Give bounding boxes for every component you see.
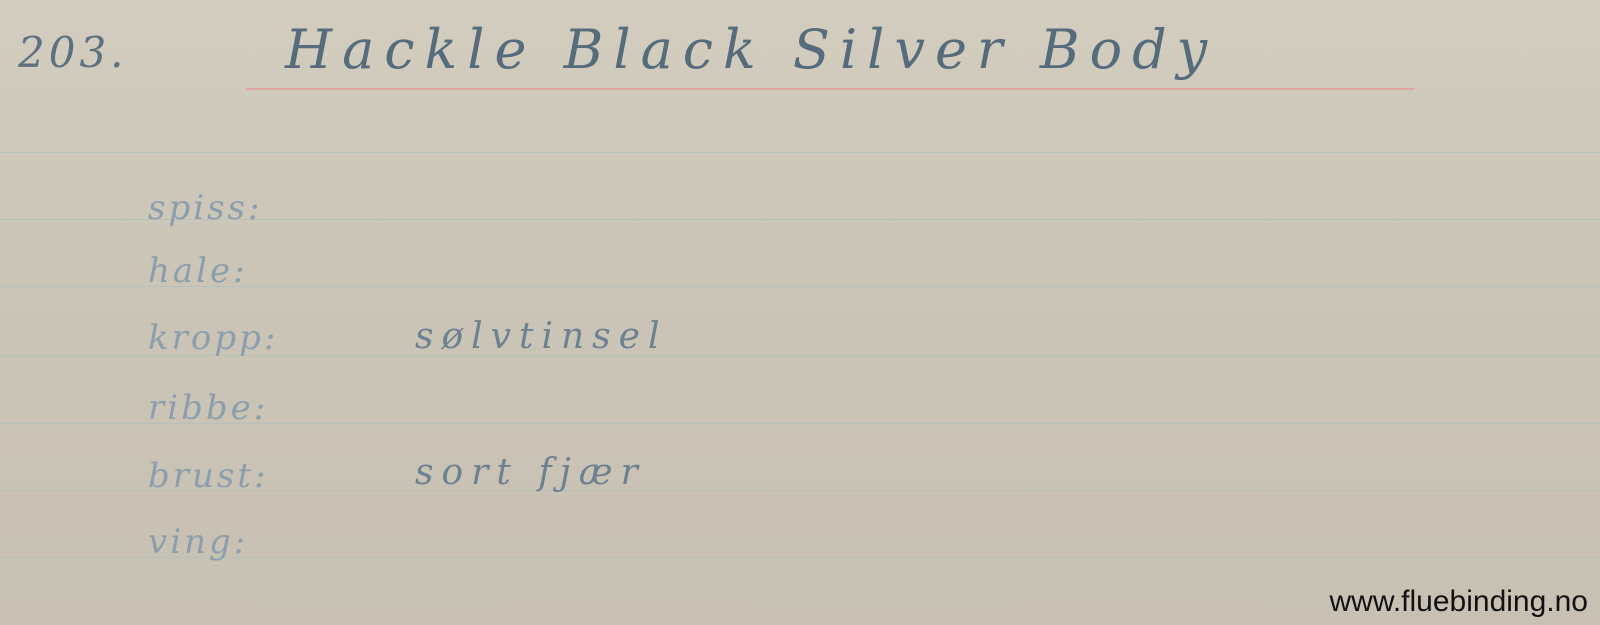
field-label-spiss: spiss: <box>148 188 262 228</box>
field-label-ribbe: ribbe: <box>148 388 268 428</box>
watermark-url: www.fluebinding.no <box>1329 585 1588 619</box>
title-underline <box>245 88 1415 90</box>
field-value-brust: sort fjær <box>415 452 646 493</box>
entry-number: 203. <box>18 28 128 77</box>
pattern-title: Hackle Black Silver Body <box>285 18 1217 81</box>
field-label-kropp: kropp: <box>148 318 278 358</box>
ruled-line <box>0 152 1600 153</box>
field-label-hale: hale: <box>148 251 248 291</box>
field-label-ving: ving: <box>148 522 248 562</box>
field-value-kropp: sølvtinsel <box>415 316 667 357</box>
notebook-page: 203. Hackle Black Silver Body spiss: hal… <box>0 0 1600 625</box>
field-label-brust: brust: <box>148 456 268 496</box>
